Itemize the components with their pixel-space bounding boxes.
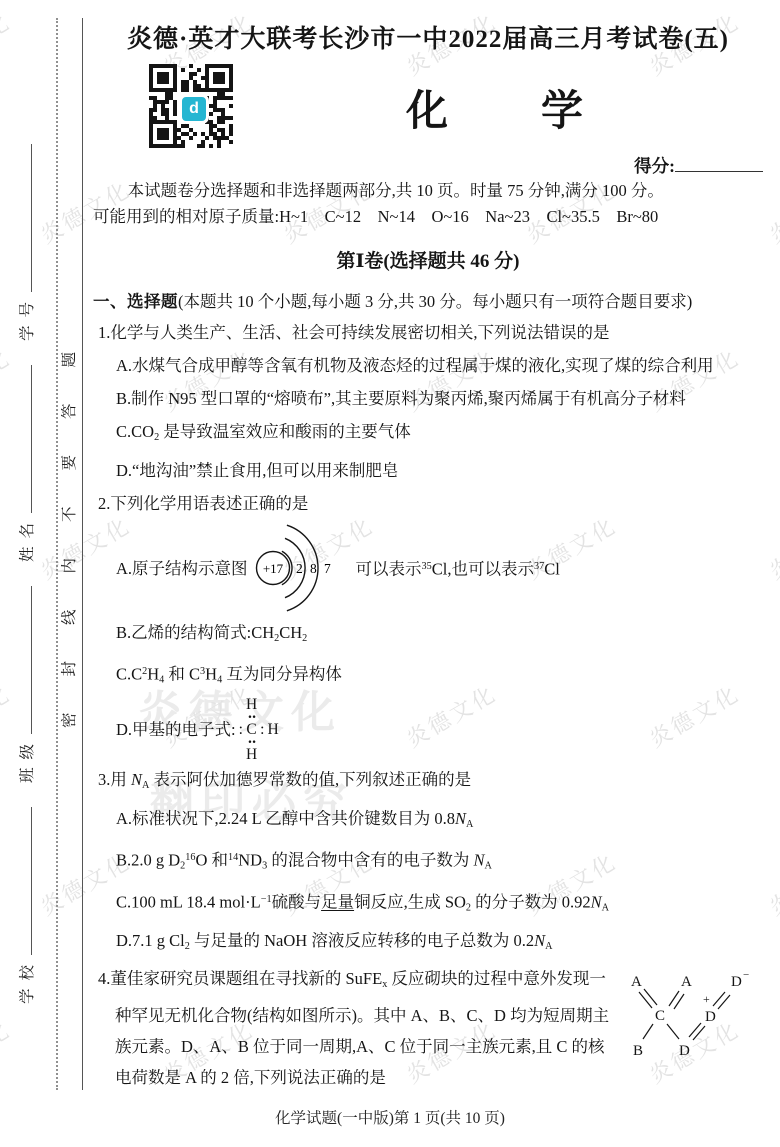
watermark-tile: 炎德文化: [763, 509, 780, 586]
q2-option-d: D.甲基的电子式: H ·· : C : H ·· H: [116, 697, 763, 763]
watermark-tile: 炎德文化: [763, 173, 780, 250]
shell-1-electrons: 2: [296, 561, 303, 576]
exam-paper-page: 炎德文化 翻印必究 炎德文化炎德文化炎德文化炎德文化炎德文化炎德文化炎德文化炎德…: [0, 0, 780, 1147]
q3-stem: 3.用 NA 表示阿伏加德罗常数的值,下列叙述正确的是: [98, 763, 763, 802]
shell-2-electrons: 8: [310, 561, 317, 576]
q3-option-d: D.7.1 g Cl2 与足量的 NaOH 溶液反应转移的电子总数为 0.2NA: [116, 924, 763, 963]
intro-line-1: 本试题卷分选择题和非选择题两部分,共 10 页。时量 75 分钟,满分 100 …: [93, 178, 763, 204]
structure-label-d3: D: [679, 1043, 690, 1059]
q3-option-b: B.2.0 g D216O 和14ND3 的混合物中含有的电子数为 NA: [116, 841, 763, 883]
main-content: 炎德·英才大联考长沙市一中2022届高三月考试卷(五) d 化学 得分: 本试题…: [93, 22, 763, 1093]
q1-option-c: C.CO2 是导致温室效应和酸雨的主要气体: [116, 415, 763, 454]
q1-option-a: A.水煤气合成甲醇等含氧有机物及液态烃的过程属于煤的液化,实现了煤的综合利用: [116, 349, 763, 382]
watermark-tile: 炎德文化: [0, 341, 16, 418]
header-row: d 化学: [93, 58, 763, 154]
questions: 1.化学与人类生产、生活、社会可持续发展密切相关,下列说法错误的是 A.水煤气合…: [93, 316, 763, 1093]
q2-option-c: C.C2H4 和 C3H4 互为同分异构体: [116, 655, 763, 697]
q1-stem: 1.化学与人类生产、生活、社会可持续发展密切相关,下列说法错误的是: [98, 316, 763, 349]
structure-label-a2: A: [681, 974, 692, 990]
watermark-tile: 炎德文化: [763, 845, 780, 922]
structure-label-d2: D: [705, 1009, 716, 1025]
multiple-choice-heading: 一、选择题(本题共 10 个小题,每小题 3 分,共 30 分。每小题只有一项符…: [93, 288, 763, 316]
seal-solid-line: [82, 18, 83, 1090]
q3-option-a: A.标准状况下,2.24 L 乙醇中含共价键数目为 0.8NA: [116, 802, 763, 841]
structure-label-c: C: [655, 1008, 665, 1024]
electron-h-bottom: H: [246, 747, 257, 763]
electron-dot-formula: H ·· : C : H ·· H: [239, 697, 279, 763]
field-student-number-blank: [17, 144, 32, 292]
seal-dotted-line: [56, 18, 58, 1090]
field-class: 班级: [19, 586, 36, 783]
qr-code: d: [149, 64, 233, 148]
field-student-number: 学号: [19, 144, 36, 341]
structure-d2-charge: +: [703, 992, 710, 1006]
structure-label-a1: A: [631, 974, 642, 990]
qr-logo-icon: d: [179, 94, 209, 124]
watermark-tile: 炎德文化: [0, 1013, 16, 1090]
sidebar-student-fields: 学校班级姓名学号: [15, 120, 40, 1004]
section-title: 第Ⅰ卷(选择题共 46 分): [93, 247, 763, 277]
electron-pair-left: :: [239, 722, 243, 738]
q1-option-d: D.“地沟油”禁止食用,但可以用来制肥皂: [116, 454, 763, 487]
q3-option-c: C.100 mL 18.4 mol·L−1硫酸与足量铜反应,生成 SO2 的分子…: [116, 883, 763, 925]
seal-text: 密封线内不要答题: [59, 316, 81, 728]
q2-option-d-label: D.甲基的电子式:: [116, 713, 236, 746]
compound-structure-diagram: A A D − C + D B D: [623, 967, 763, 1065]
watermark-tile: 炎德文化: [0, 5, 16, 82]
mc-heading-rest: (本题共 10 个小题,每小题 3 分,共 30 分。每小题只有一项符合题目要求…: [178, 292, 692, 311]
nucleus-charge: +17: [262, 561, 283, 576]
subject-title: 化学: [406, 78, 676, 138]
structure-label-d1: D: [731, 974, 742, 990]
q2-option-a-post: 可以表示35Cl,也可以表示37Cl: [356, 550, 560, 586]
intro-line-2: 可能用到的相对原子质量:H~1 C~12 N~14 O~16 Na~23 Cl~…: [93, 204, 763, 230]
score-label: 得分:: [634, 156, 675, 176]
field-name: 姓名: [19, 365, 36, 562]
field-name-blank: [17, 365, 32, 513]
field-class-label: 班级: [19, 736, 36, 783]
q4-block: A A D − C + D B D 4.董佳家研究员课题组在寻找新的 SuFEx…: [93, 963, 763, 1093]
page-footer: 化学试题(一中版)第 1 页(共 10 页): [0, 1106, 780, 1128]
field-school-label: 学校: [19, 957, 36, 1004]
mc-heading-bold: 一、选择题: [93, 292, 178, 311]
q2-option-b: B.乙烯的结构简式:CH2CH2: [116, 616, 763, 655]
q2-stem: 2.下列化学用语表述正确的是: [98, 487, 763, 520]
score-row: 得分:: [93, 154, 763, 178]
field-student-number-label: 学号: [19, 294, 36, 341]
score-blank: [675, 155, 763, 172]
q2-option-a: A.原子结构示意图 +17 2 8 7 可以表示35Cl,也可以表示37Cl: [116, 520, 763, 616]
q1-option-b: B.制作 N95 型口罩的“熔喷布”,其主要原料为聚丙烯,聚丙烯属于有机高分子材…: [116, 382, 763, 415]
field-school-blank: [17, 807, 32, 955]
structure-d1-charge: −: [743, 969, 749, 981]
exam-title: 炎德·英才大联考长沙市一中2022届高三月考试卷(五): [93, 22, 763, 58]
atomic-structure-diagram: +17 2 8 7: [252, 520, 352, 616]
field-class-blank: [17, 586, 32, 734]
electron-pair-right: :: [260, 722, 264, 738]
field-name-label: 姓名: [19, 515, 36, 562]
shell-3-electrons: 7: [324, 561, 331, 576]
watermark-tile: 炎德文化: [0, 677, 16, 754]
electron-h-right: H: [267, 722, 278, 738]
structure-label-b: B: [633, 1043, 643, 1059]
q2-option-a-pre: A.原子结构示意图: [116, 552, 248, 585]
field-school: 学校: [19, 807, 36, 1004]
